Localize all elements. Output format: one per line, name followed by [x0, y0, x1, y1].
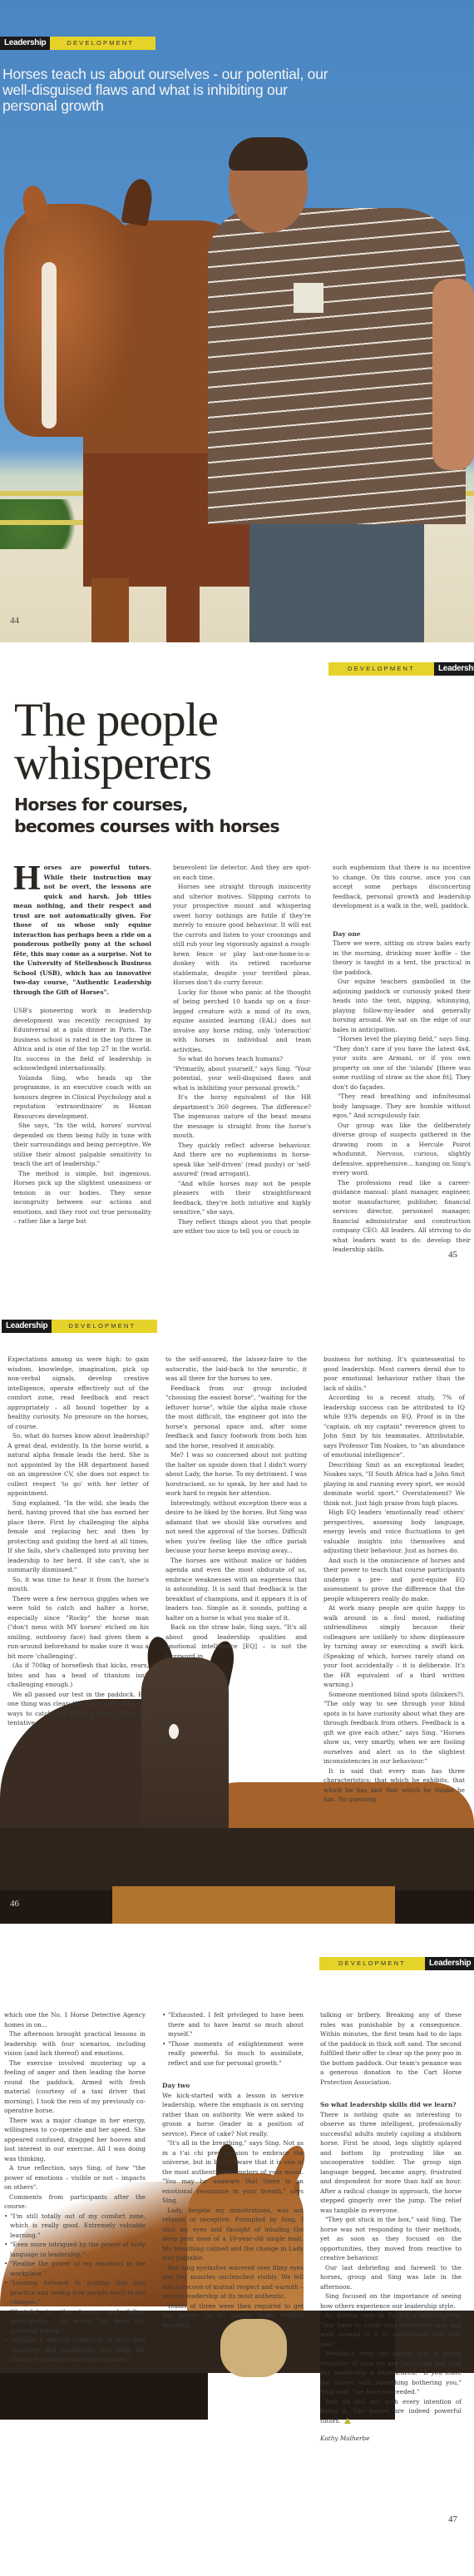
column-2: "Exhausted. I felt privileged to have be…	[162, 2010, 304, 2444]
section-heading: Day two	[162, 2081, 304, 2091]
list-item: "Realise the power of my emotions in the…	[4, 2259, 146, 2278]
list-item: "Initially a difficult reflection of you…	[4, 2336, 146, 2365]
name-tag	[294, 283, 323, 313]
leadership-logo: Leadership	[0, 37, 50, 50]
section-badge: Leadership DEVELOPMENT	[2, 1320, 157, 1333]
participant-comments-list: "I'm still totally out of my comfort zon…	[4, 2212, 146, 2365]
page-number: 47	[448, 2514, 457, 2524]
leadership-logo: Leadership	[425, 1957, 474, 1970]
page-number: 44	[10, 616, 19, 626]
page-44: Leadership DEVELOPMENT Horses teach us a…	[0, 0, 474, 642]
list-item: "I'm still totally out of my comfort zon…	[4, 2212, 146, 2241]
hero-pull-quote: Horses teach us about ourselves - our po…	[2, 67, 335, 114]
list-item: "Those moments of enlightenment were rea…	[162, 2039, 304, 2068]
column-1: Horses are powerful tutors. While their …	[13, 863, 151, 1255]
section-badge: DEVELOPMENT Leadership	[328, 662, 474, 676]
column-2: to the self-assured, the laissez-faire t…	[165, 1355, 307, 1805]
column-3: talking or bribery. Breaking any of thes…	[320, 2010, 462, 2444]
section-heading: Day one	[333, 929, 471, 939]
list-item: "Even more intrigued by the power of bod…	[4, 2240, 146, 2259]
list-item: "Exhausted. I felt privileged to have be…	[162, 2010, 304, 2039]
page-47: DEVELOPMENT Leadership which one the No.…	[0, 1924, 474, 2576]
section-heading: So what leadership skills did we learn?	[320, 2100, 462, 2110]
section-label: DEVELOPMENT	[328, 662, 434, 676]
column-3: such euphemism that there is no incentiv…	[333, 863, 471, 1255]
author-byline: Kathy Malherbe	[320, 2434, 462, 2444]
page-number: 45	[448, 1250, 457, 1260]
section-badge: DEVELOPMENT Leadership	[319, 1957, 474, 1970]
article-columns: Horses are powerful tutors. While their …	[13, 863, 471, 1255]
book-title: To Kill a Mockingbird	[388, 2311, 460, 2319]
article-subhead: Horses for courses, becomes courses with…	[14, 794, 279, 837]
leadership-logo: Leadership	[434, 662, 474, 676]
leadership-logo: Leadership	[2, 1320, 52, 1333]
column-1: Expectations among us were high: to gain…	[7, 1355, 149, 1805]
section-label: DEVELOPMENT	[319, 1957, 425, 1970]
article-columns: Expectations among us were high: to gain…	[7, 1355, 465, 1805]
list-item: "Grateful to the horses and fellow parti…	[4, 2307, 146, 2336]
section-badge: Leadership DEVELOPMENT	[0, 37, 156, 50]
article-headline: The people whisperers	[14, 699, 218, 785]
article-columns: which one the No. 1 Horse Detective Agen…	[4, 2010, 462, 2444]
page-46: Leadership DEVELOPMENT Expectations amon…	[0, 1291, 474, 1924]
column-2: benevolent lie detector. And they are sp…	[173, 863, 311, 1255]
section-label: DEVELOPMENT	[52, 1320, 157, 1333]
man-with-horse-photo	[208, 129, 474, 642]
column-1: which one the No. 1 Horse Detective Agen…	[4, 2010, 146, 2444]
section-label: DEVELOPMENT	[50, 37, 156, 50]
end-mark-triangle-icon	[344, 2418, 351, 2424]
list-item: "Looking forward to putting this into pr…	[4, 2278, 146, 2307]
participant-comments-list: "Exhausted. I felt privileged to have be…	[162, 2010, 304, 2068]
page-number: 46	[10, 1899, 19, 1909]
page-45: DEVELOPMENT Leadership The people whispe…	[0, 642, 474, 1291]
column-3: business for nothing. It's quintessentia…	[323, 1355, 465, 1805]
drop-cap: H	[13, 864, 41, 893]
